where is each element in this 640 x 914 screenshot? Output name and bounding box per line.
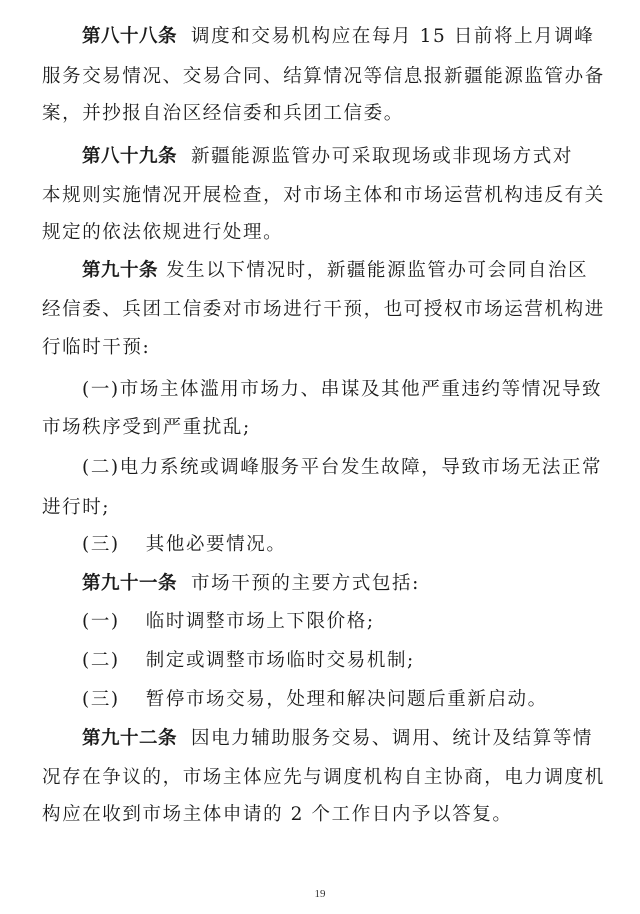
article-88-line-3: 案，并抄报自治区经信委和兵团工信委。 xyxy=(42,102,404,126)
article-88-line-2: 服务交易情况、交易合同、结算情况等信息报新疆能源监管办备 xyxy=(42,65,605,89)
article-88-line-1: 第八十八条调度和交易机构应在每月 15 日前将上月调峰 xyxy=(82,25,595,49)
item-label: (二) xyxy=(82,650,120,671)
article-90-item-2: (二)电力系统或调峰服务平台发生故障，导致市场无法正常 xyxy=(82,456,602,480)
item-label: (三) xyxy=(82,534,120,555)
article-heading: 第九十一条 xyxy=(82,573,177,594)
article-89-line-2: 本规则实施情况开展检查，对市场主体和市场运营机构违反有关 xyxy=(42,184,605,208)
article-91-item-2: (二)制定或调整市场临时交易机制; xyxy=(82,649,415,673)
article-heading: 第八十八条 xyxy=(82,26,177,47)
article-91-item-3: (三)暂停市场交易，处理和解决问题后重新启动。 xyxy=(82,688,548,712)
article-90-item-3: (三)其他必要情况。 xyxy=(82,533,286,557)
article-heading: 第九十条 xyxy=(82,260,158,281)
article-90-line-2: 经信委、兵团工信委对市场进行干预，也可授权市场运营机构进 xyxy=(42,298,605,322)
item-label: (一) xyxy=(82,611,120,632)
article-heading: 第九十二条 xyxy=(82,728,177,749)
article-92-line-1: 第九十二条因电力辅助服务交易、调用、统计及结算等情 xyxy=(82,727,593,751)
article-91-line-1: 第九十一条市场干预的主要方式包括: xyxy=(82,572,420,596)
article-92-line-2: 况存在争议的，市场主体应先与调度机构自主协商，电力调度机 xyxy=(42,766,605,790)
article-heading: 第八十九条 xyxy=(82,146,177,167)
article-90-line-1: 第九十条发生以下情况时，新疆能源监管办可会同自治区 xyxy=(82,259,588,283)
article-90-item-2-cont: 进行时; xyxy=(42,496,110,520)
article-92-line-3: 构应在收到市场主体申请的 2 个工作日内予以答复。 xyxy=(42,803,513,827)
page-number: 19 xyxy=(0,888,640,900)
article-89-line-3: 规定的依法依规进行处理。 xyxy=(42,221,283,245)
item-label: (二) xyxy=(82,457,120,478)
article-90-item-1-cont: 市场秩序受到严重扰乱; xyxy=(42,416,251,440)
item-label: (一) xyxy=(82,379,120,400)
article-91-item-1: (一)临时调整市场上下限价格; xyxy=(82,610,375,634)
item-label: (三) xyxy=(82,689,120,710)
article-90-item-1: (一)市场主体滥用市场力、串谋及其他严重违约等情况导致 xyxy=(82,378,602,402)
article-90-line-3: 行临时干预: xyxy=(42,336,150,360)
article-89-line-1: 第八十九条新疆能源监管办可采取现场或非现场方式对 xyxy=(82,145,573,169)
document-page: 第八十八条调度和交易机构应在每月 15 日前将上月调峰 服务交易情况、交易合同、… xyxy=(0,0,640,914)
